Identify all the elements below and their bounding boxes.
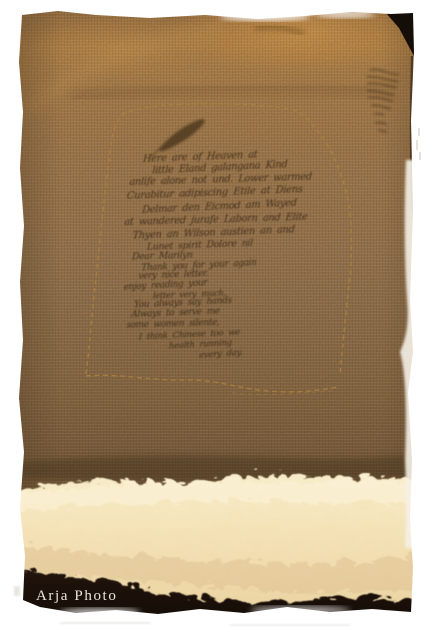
photo: Here are of Heaven atlittle Eland galang… <box>0 0 433 640</box>
watermark: Arja Photo <box>36 588 117 605</box>
photo-artwork <box>0 0 433 640</box>
